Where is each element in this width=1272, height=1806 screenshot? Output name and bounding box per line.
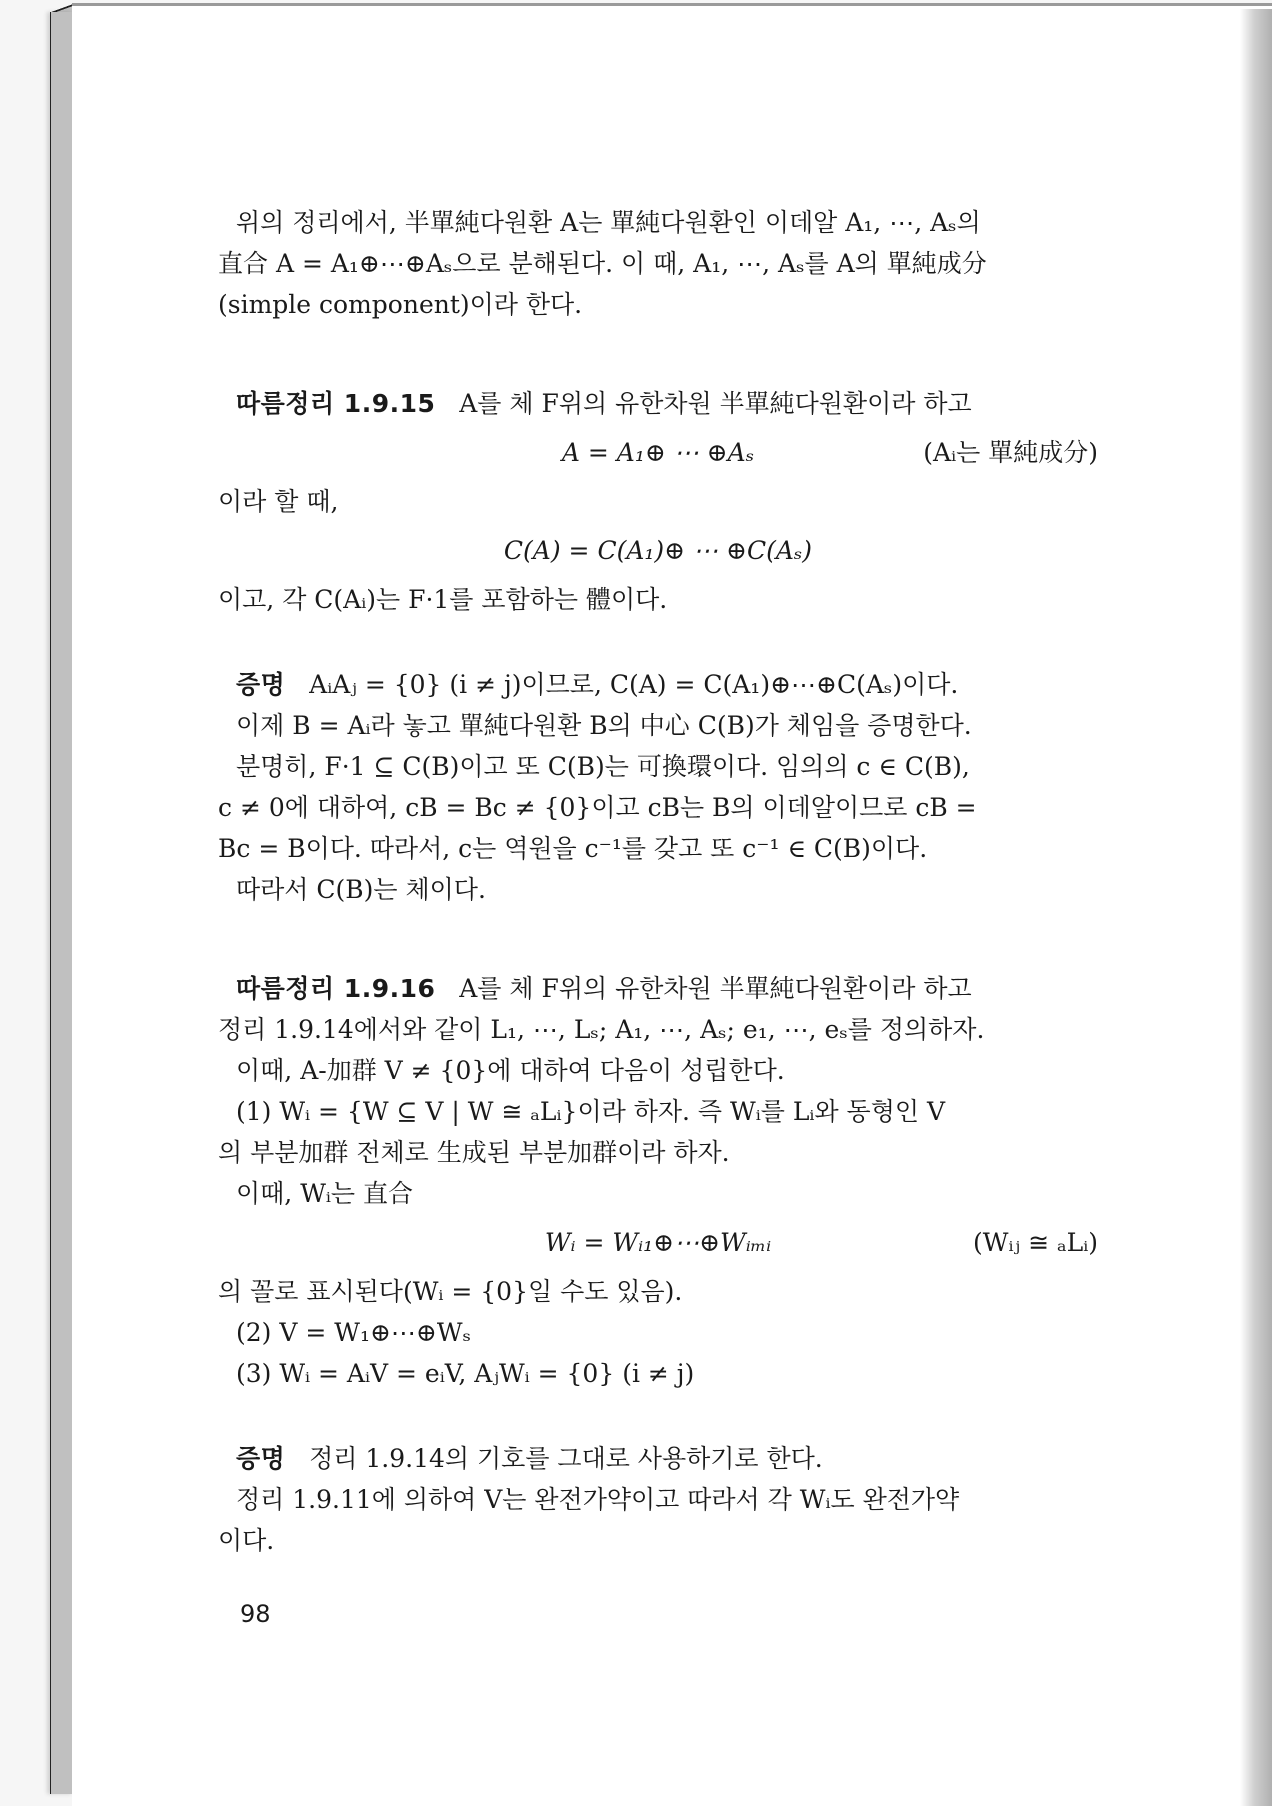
- corollary-16-item-2: (2) V = W₁⊕⋯⊕Wₛ: [218, 1312, 1098, 1353]
- corollary-15-heading: 따름정리 1.9.15: [236, 389, 435, 418]
- corollary-16-after-display: 의 꼴로 표시된다(Wᵢ = {0}일 수도 있음).: [218, 1271, 1098, 1312]
- proof-15-line-2: 이제 B = Aᵢ라 놓고 單純다원환 B의 中心 C(B)가 체임을 증명한다…: [218, 705, 1098, 746]
- corollary-16-line-6: 이때, Wᵢ는 直合: [218, 1173, 1098, 1214]
- equation-note: (Aᵢ는 單純成分): [923, 432, 1098, 473]
- page-number: 98: [240, 1600, 271, 1628]
- corollary-16-item-1: (1) Wᵢ = {W ⊆ V | W ≅ ₐLᵢ}이라 하자. 즉 Wᵢ를 L…: [218, 1091, 1098, 1132]
- book-spine: [50, 12, 74, 1794]
- w-equation-note: (Wᵢⱼ ≅ ₐLᵢ): [973, 1222, 1098, 1263]
- corollary-15-line-2: 이라 할 때,: [218, 481, 1098, 522]
- page-content: 위의 정리에서, 半單純다원환 A는 單純다원환인 이데알 A₁, ⋯, Aₛ의…: [218, 202, 1098, 1561]
- corollary-16-statement: 따름정리 1.9.16 A를 체 F위의 유한차원 半單純다원환이라 하고: [218, 968, 1098, 1009]
- page-edge-shadow: [1240, 9, 1272, 1806]
- corollary-15-statement: 따름정리 1.9.15 A를 체 F위의 유한차원 半單純다원환이라 하고: [218, 383, 1098, 424]
- corollary-16-line-3: 이때, A-加群 V ≠ {0}에 대하여 다음이 성립한다.: [218, 1050, 1098, 1091]
- corollary-15-text: A를 체 F위의 유한차원 半單純다원환이라 하고: [459, 389, 971, 418]
- corollary-16-line-2: 정리 1.9.14에서와 같이 L₁, ⋯, Lₛ; A₁, ⋯, Aₛ; e₁…: [218, 1009, 1098, 1050]
- proof-16-heading: 증명: [236, 1444, 285, 1473]
- proof-16-line-1: 증명 정리 1.9.14의 기호를 그대로 사용하기로 한다.: [218, 1438, 1098, 1479]
- proof-15-line-6: 따라서 C(B)는 체이다.: [218, 869, 1098, 910]
- proof-15-line-1: 증명 AᵢAⱼ = {0} (i ≠ j)이므로, C(A) = C(A₁)⊕⋯…: [218, 664, 1098, 705]
- intro-line-3: (simple component)이라 한다.: [218, 284, 1098, 325]
- corollary-15-center-equation: C(A) = C(A₁)⊕ ⋯ ⊕C(Aₛ): [218, 530, 1098, 571]
- corollary-16-heading: 따름정리 1.9.16: [236, 974, 435, 1003]
- proof-15-line-3: 분명히, F·1 ⊆ C(B)이고 또 C(B)는 可換環이다. 임의의 c ∈…: [218, 746, 1098, 787]
- proof-15-heading: 증명: [236, 670, 285, 699]
- proof-16-line-2: 정리 1.9.11에 의하여 V는 완전가약이고 따라서 각 Wᵢ도 완전가약: [218, 1479, 1098, 1520]
- proof-16-line-3: 이다.: [218, 1520, 1098, 1561]
- w-direct-sum-equation: Wᵢ = Wᵢ₁⊕⋯⊕Wᵢₘᵢ: [545, 1222, 771, 1263]
- corollary-15-display-equation: A = A₁⊕ ⋯ ⊕Aₛ (Aᵢ는 單純成分): [218, 432, 1098, 473]
- corollary-16-text: A를 체 F위의 유한차원 半單純다원환이라 하고: [459, 974, 971, 1003]
- direct-sum-equation: A = A₁⊕ ⋯ ⊕Aₛ: [562, 432, 754, 473]
- center-equation: C(A) = C(A₁)⊕ ⋯ ⊕C(Aₛ): [504, 530, 812, 571]
- intro-line-1: 위의 정리에서, 半單純다원환 A는 單純다원환인 이데알 A₁, ⋯, Aₛ의: [218, 202, 1098, 243]
- corollary-16-item-1-cont: 의 부분加群 전체로 生成된 부분加群이라 하자.: [218, 1132, 1098, 1173]
- proof-15-line-5: Bc = B이다. 따라서, c는 역원을 c⁻¹를 갖고 또 c⁻¹ ∈ C(…: [218, 828, 1098, 869]
- proof-15-text-1: AᵢAⱼ = {0} (i ≠ j)이므로, C(A) = C(A₁)⊕⋯⊕C(…: [309, 670, 958, 699]
- intro-line-2: 直合 A = A₁⊕⋯⊕Aₛ으로 분해된다. 이 때, A₁, ⋯, Aₛ를 A…: [218, 243, 1098, 284]
- corollary-16-item-3: (3) Wᵢ = AᵢV = eᵢV, AⱼWᵢ = {0} (i ≠ j): [218, 1353, 1098, 1394]
- corollary-16-display-equation: Wᵢ = Wᵢ₁⊕⋯⊕Wᵢₘᵢ (Wᵢⱼ ≅ ₐLᵢ): [218, 1222, 1098, 1263]
- proof-15-line-4: c ≠ 0에 대하여, cB = Bc ≠ {0}이고 cB는 B의 이데알이므…: [218, 787, 1098, 828]
- proof-16-text-1: 정리 1.9.14의 기호를 그대로 사용하기로 한다.: [309, 1444, 823, 1473]
- corollary-15-line-3: 이고, 각 C(Aᵢ)는 F·1를 포함하는 體이다.: [218, 579, 1098, 620]
